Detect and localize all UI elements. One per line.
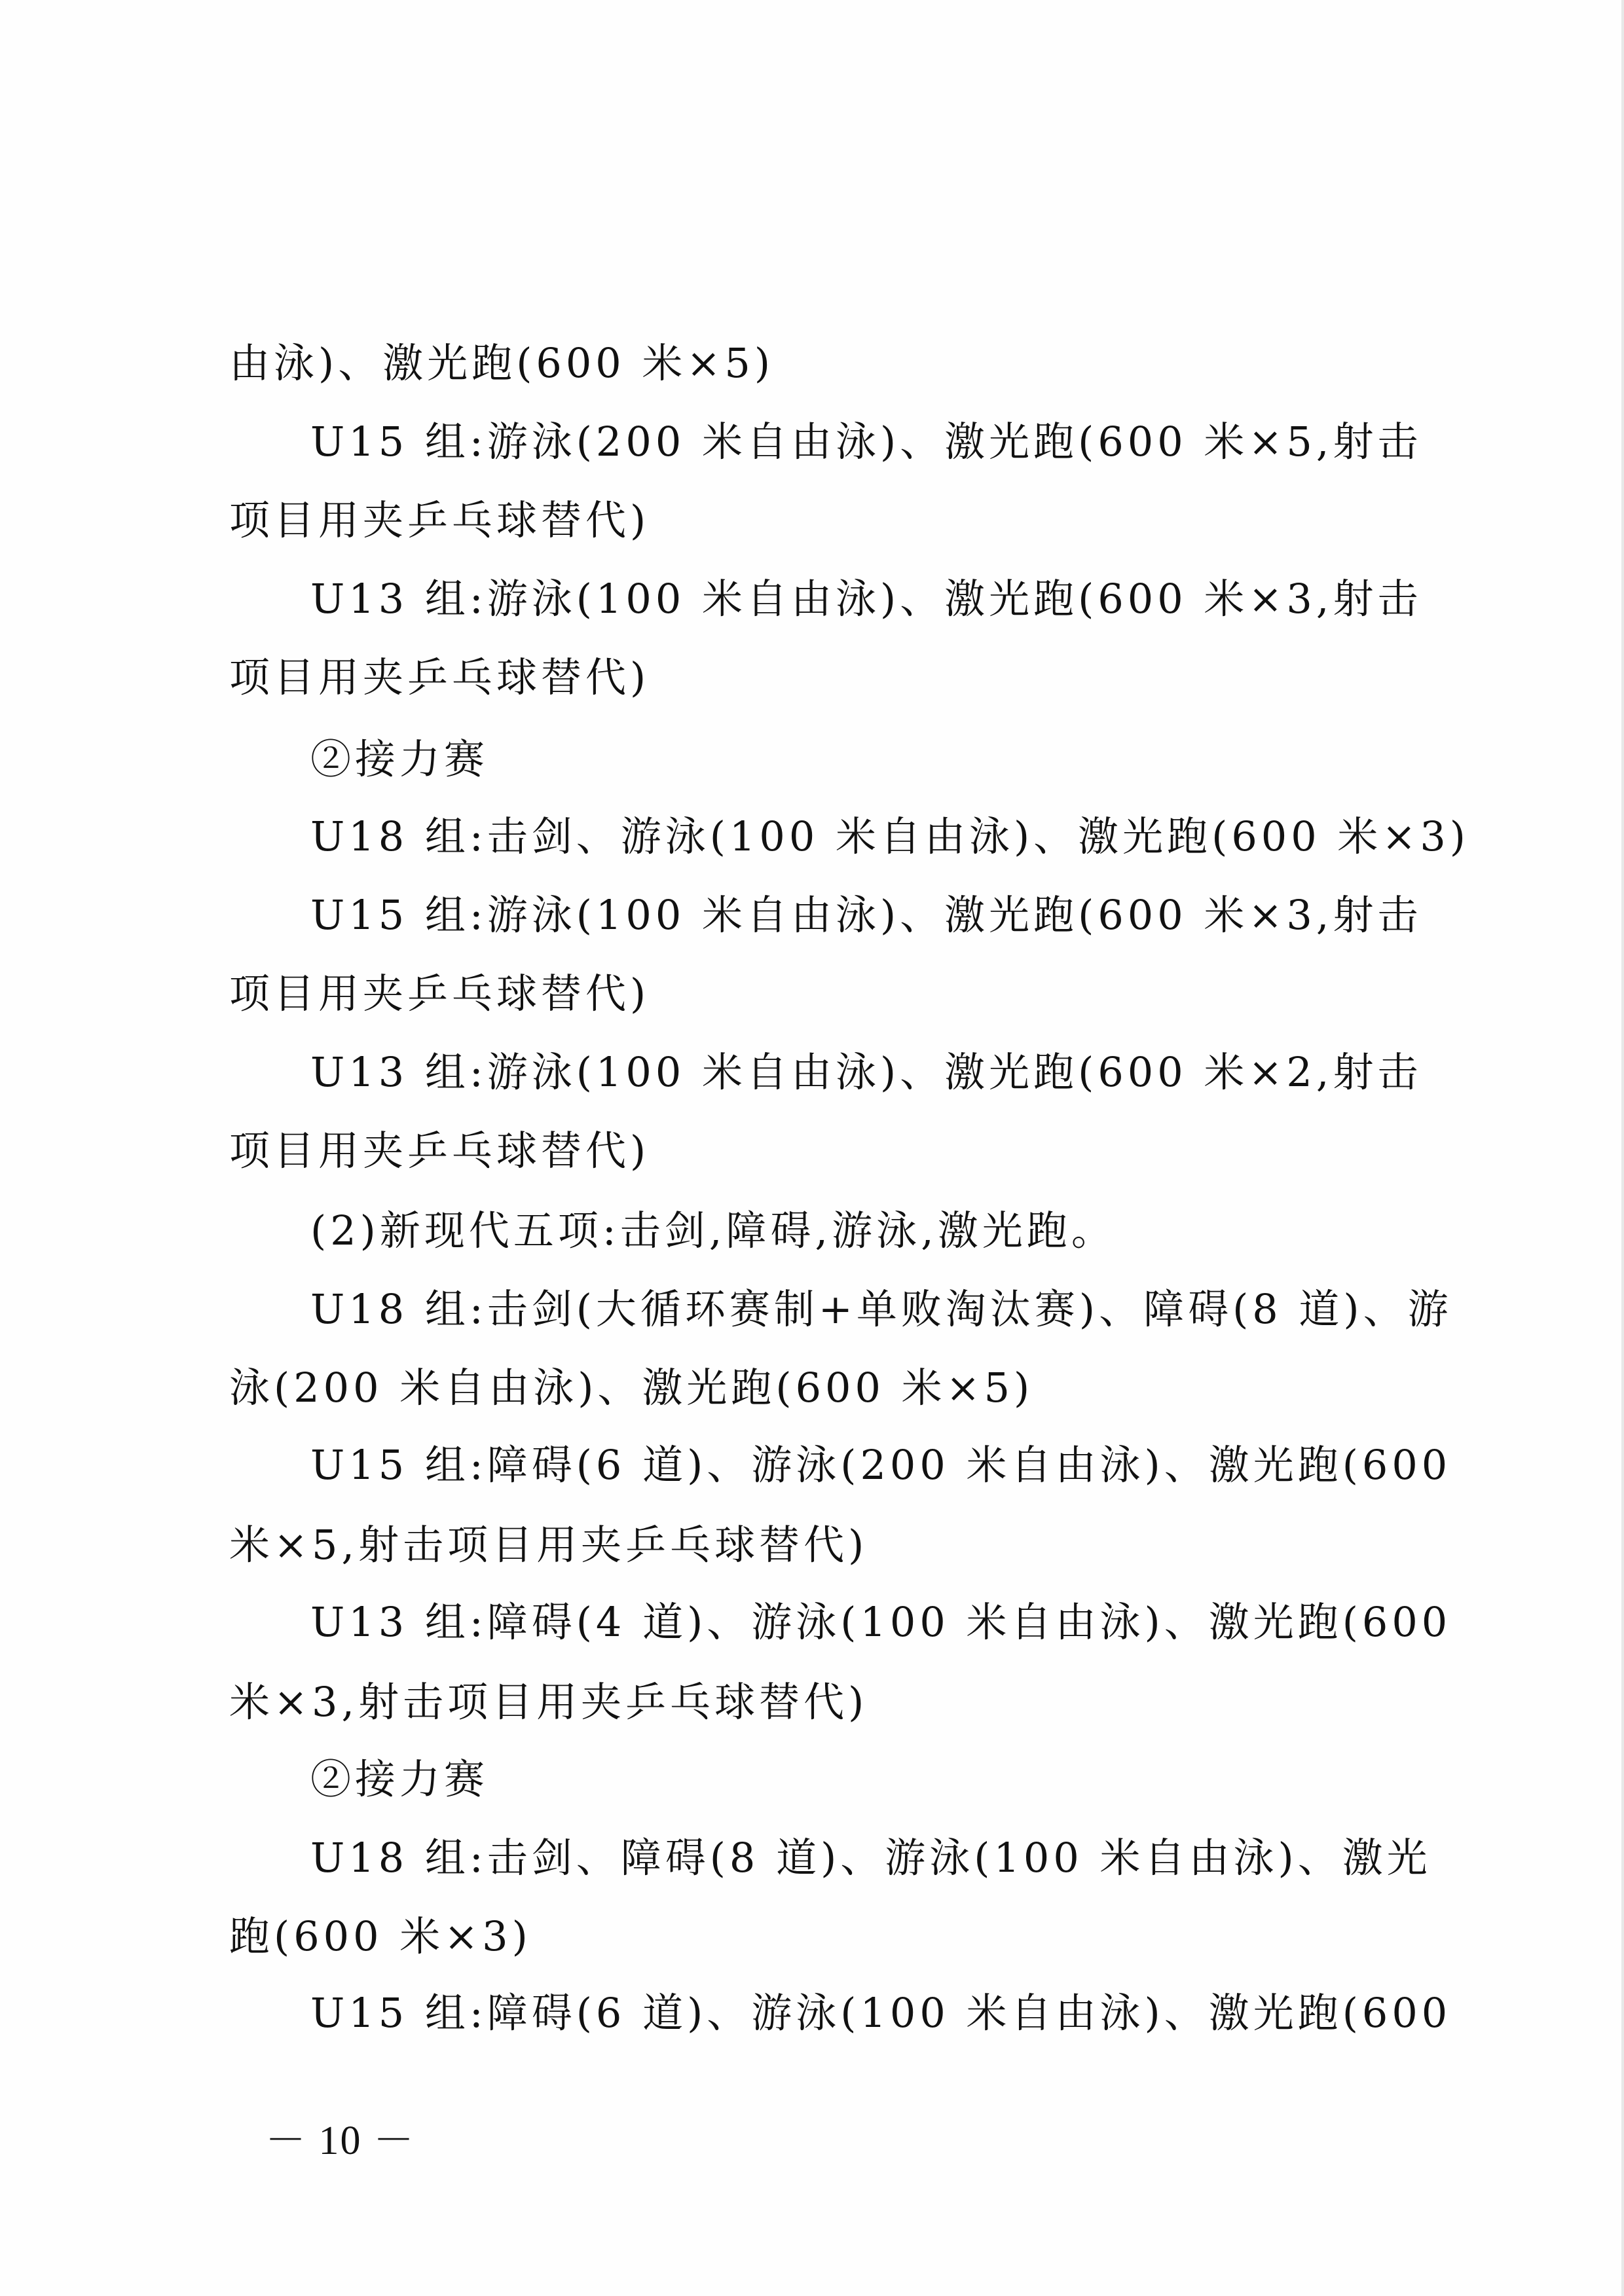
text-line: 项目用夹乒乓球替代) [229, 968, 650, 1020]
text-line: U15 组:障碍(6 道)、游泳(100 米自由泳)、激光跑(600 [310, 1987, 1451, 2039]
document-page: 由泳)、激光跑(600 米×5)U15 组:游泳(200 米自由泳)、激光跑(6… [0, 0, 1624, 2296]
text-line: U15 组:游泳(100 米自由泳)、激光跑(600 米×3,射击 [310, 889, 1422, 941]
text-line: U18 组:击剑、障碍(8 道)、游泳(100 米自由泳)、激光 [310, 1832, 1431, 1884]
text-line: U18 组:击剑(大循环赛制+单败淘汰赛)、障碍(8 道)、游 [310, 1283, 1452, 1336]
text-line: 由泳)、激光跑(600 米×5) [229, 337, 774, 390]
text-line: ②接力赛 [310, 733, 489, 786]
text-line: 项目用夹乒乓球替代) [229, 651, 650, 704]
text-line: 泳(200 米自由泳)、激光跑(600 米×5) [229, 1362, 1033, 1414]
text-line: 项目用夹乒乓球替代) [229, 1125, 650, 1177]
text-line: U13 组:游泳(100 米自由泳)、激光跑(600 米×3,射击 [310, 573, 1422, 625]
text-line: U18 组:击剑、游泳(100 米自由泳)、激光跑(600 米×3) [310, 811, 1469, 863]
text-line: 米×5,射击项目用夹乒乓球替代) [229, 1519, 868, 1571]
text-line: U15 组:障碍(6 道)、游泳(200 米自由泳)、激光跑(600 [310, 1439, 1451, 1491]
text-line: U13 组:障碍(4 道)、游泳(100 米自由泳)、激光跑(600 [310, 1596, 1451, 1649]
text-line: 米×3,射击项目用夹乒乓球替代) [229, 1676, 868, 1728]
text-line: (2)新现代五项:击剑,障碍,游泳,激光跑。 [310, 1205, 1116, 1257]
page-number: － 10 － [265, 2115, 415, 2167]
text-line: ②接力赛 [310, 1753, 489, 1806]
text-line: 跑(600 米×3) [229, 1910, 532, 1963]
text-line: 项目用夹乒乓球替代) [229, 494, 650, 547]
text-line: U15 组:游泳(200 米自由泳)、激光跑(600 米×5,射击 [310, 416, 1422, 468]
page-edge [1621, 0, 1624, 2296]
text-line: U13 组:游泳(100 米自由泳)、激光跑(600 米×2,射击 [310, 1046, 1422, 1099]
